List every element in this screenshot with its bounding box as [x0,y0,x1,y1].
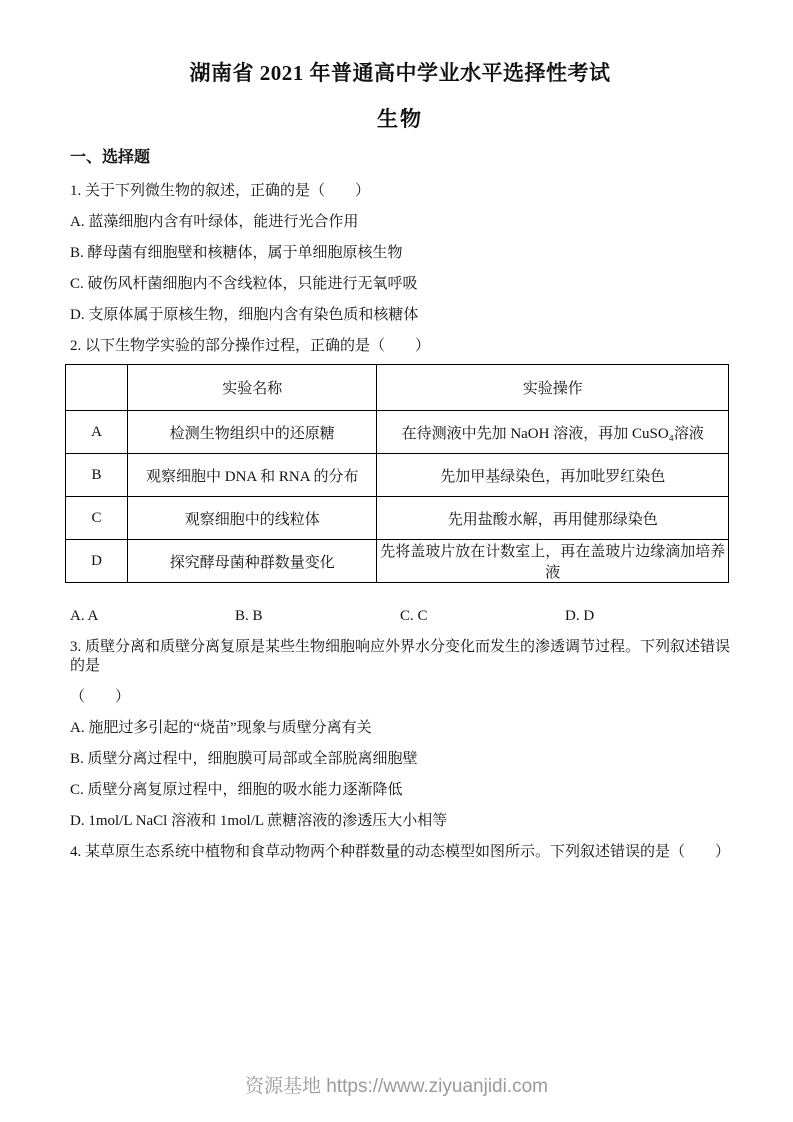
experiment-table: 实验名称 实验操作 A 检测生物组织中的还原糖 在待测液中先加 NaOH 溶液，… [65,364,729,583]
page-title: 湖南省 2021 年普通高中学业水平选择性考试 [70,58,730,88]
table-cell-letter: B [66,454,128,497]
table-row: D 探究酵母菌种群数量变化 先将盖玻片放在计数室上，再在盖玻片边缘滴加培养液 [66,540,729,583]
table-cell-name: 检测生物组织中的还原糖 [128,411,377,454]
question-2-option-a: A. A [70,607,235,626]
question-3-option-c: C. 质壁分离复原过程中，细胞的吸水能力逐渐降低 [70,781,730,800]
question-1-option-c: C. 破伤风杆菌细胞内不含线粒体，只能进行无氧呼吸 [70,275,730,294]
question-4-stem: 4. 某草原生态系统中植物和食草动物两个种群数量的动态模型如图所示。下列叙述错误… [70,843,730,862]
question-1-option-d: D. 支原体属于原核生物，细胞内含有染色质和核糖体 [70,306,730,325]
table-cell-operation: 先加甲基绿染色，再加吡罗红染色 [377,454,729,497]
table-cell-operation: 先用盐酸水解，再用健那绿染色 [377,497,729,540]
table-cell-operation: 先将盖玻片放在计数室上，再在盖玻片边缘滴加培养液 [377,540,729,583]
table-cell-operation: 在待测液中先加 NaOH 溶液，再加 CuSO₄溶液 [377,411,729,454]
table-cell-letter: C [66,497,128,540]
question-3-stem-line2: （ ） [70,688,730,707]
table-cell-name: 观察细胞中 DNA 和 RNA 的分布 [128,454,377,497]
question-3-stem-line1: 3. 质壁分离和质壁分离复原是某些生物细胞响应外界水分变化而发生的渗透调节过程。… [70,638,730,676]
question-2-answer-row: A. A B. B C. C D. D [70,607,730,626]
table-header-experiment-operation: 实验操作 [377,365,729,411]
question-2-option-d: D. D [565,607,730,626]
table-row: A 检测生物组织中的还原糖 在待测液中先加 NaOH 溶液，再加 CuSO₄溶液 [66,411,729,454]
question-4: 4. 某草原生态系统中植物和食草动物两个种群数量的动态模型如图所示。下列叙述错误… [70,843,730,862]
question-2-stem: 2. 以下生物学实验的部分操作过程，正确的是（ ） [70,337,730,356]
subject-title: 生物 [70,104,730,134]
question-2-option-b: B. B [235,607,400,626]
question-2-option-c: C. C [400,607,565,626]
table-cell-name: 观察细胞中的线粒体 [128,497,377,540]
question-1: 1. 关于下列微生物的叙述，正确的是（ ） A. 蓝藻细胞内含有叶绿体，能进行光… [70,182,730,325]
table-row: B 观察细胞中 DNA 和 RNA 的分布 先加甲基绿染色，再加吡罗红染色 [66,454,729,497]
question-1-option-a: A. 蓝藻细胞内含有叶绿体，能进行光合作用 [70,213,730,232]
table-row: C 观察细胞中的线粒体 先用盐酸水解，再用健那绿染色 [66,497,729,540]
exam-page: 湖南省 2021 年普通高中学业水平选择性考试 生物 一、选择题 1. 关于下列… [0,0,793,862]
footer-watermark: 资源基地 https://www.ziyuanjidi.com [0,1071,793,1098]
table-header-row: 实验名称 实验操作 [66,365,729,411]
question-1-stem: 1. 关于下列微生物的叙述，正确的是（ ） [70,182,730,201]
question-3-option-d: D. 1mol/L NaCl 溶液和 1mol/L 蔗糖溶液的渗透压大小相等 [70,812,730,831]
table-cell-letter: D [66,540,128,583]
question-3-option-a: A. 施肥过多引起的“烧苗”现象与质壁分离有关 [70,719,730,738]
table-header-experiment-name: 实验名称 [128,365,377,411]
table-cell-name: 探究酵母菌种群数量变化 [128,540,377,583]
question-3: 3. 质壁分离和质壁分离复原是某些生物细胞响应外界水分变化而发生的渗透调节过程。… [70,638,730,831]
question-1-option-b: B. 酵母菌有细胞壁和核糖体，属于单细胞原核生物 [70,244,730,263]
question-3-option-b: B. 质壁分离过程中，细胞膜可局部或全部脱离细胞壁 [70,750,730,769]
section-heading: 一、选择题 [70,146,730,170]
table-cell-letter: A [66,411,128,454]
table-header-letter [66,365,128,411]
question-2: 2. 以下生物学实验的部分操作过程，正确的是（ ） 实验名称 实验操作 A 检测… [70,337,730,626]
